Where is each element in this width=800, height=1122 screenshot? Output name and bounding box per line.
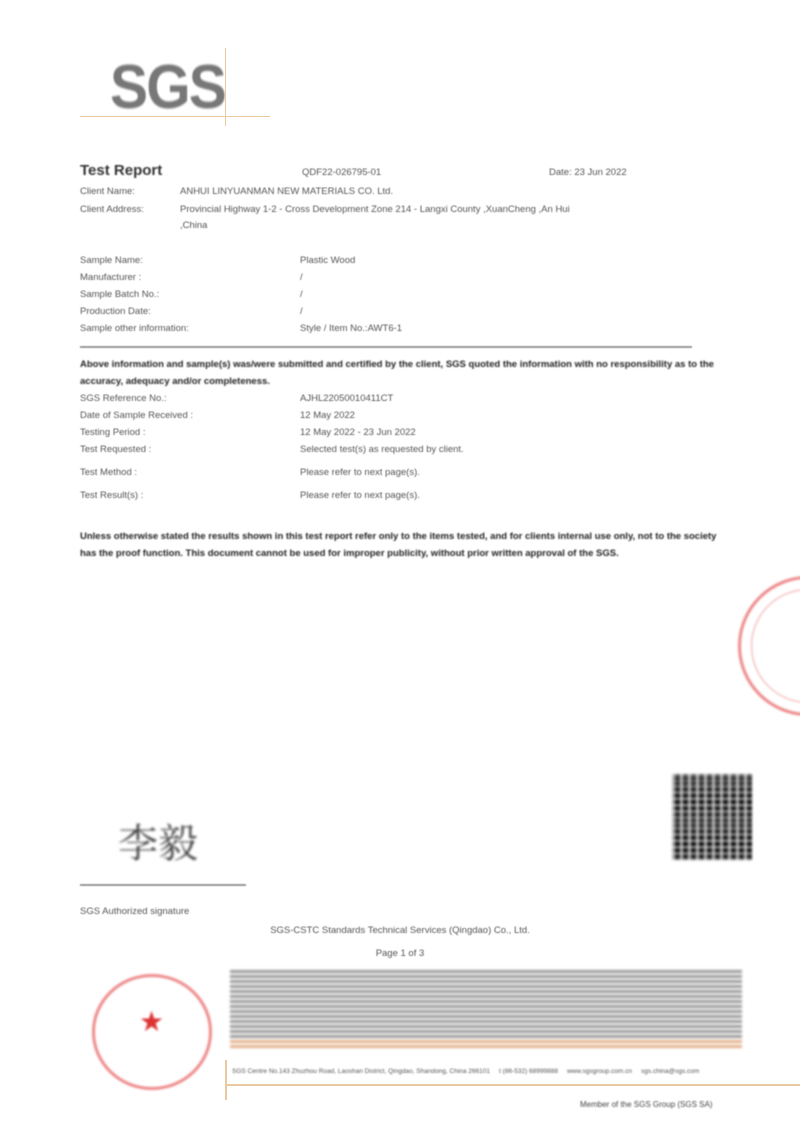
info-label: Test Requested :: [80, 444, 151, 455]
logo-divider: [80, 116, 270, 117]
report-number: QDF22-026795-01: [302, 167, 381, 178]
footer-email[interactable]: sgs.china@sgs.com: [641, 1068, 699, 1075]
info-notice: Above information and sample(s) was/were…: [80, 356, 730, 390]
info-label: Test Method :: [80, 467, 137, 478]
info-row: Date of Sample Received :12 May 2022: [80, 410, 193, 421]
footer-address: SGS Centre No.143 Zhuzhou Road, Laoshan …: [232, 1068, 490, 1075]
info-label: Sample Name:: [80, 255, 143, 266]
company-seal-stamp: [738, 576, 800, 716]
info-value: /: [300, 272, 303, 283]
report-date: Date: 23 Jun 2022: [549, 167, 627, 178]
info-row: Test Method :Please refer to next page(s…: [80, 467, 137, 478]
info-value: /: [300, 289, 303, 300]
signature-label: SGS Authorized signature: [80, 906, 189, 917]
disclaimer: Unless otherwise stated the results show…: [80, 528, 730, 562]
report-title: Test Report: [80, 162, 162, 179]
info-value: 12 May 2022 - 23 Jun 2022: [300, 427, 416, 438]
client-address-cont: ,China: [180, 220, 207, 231]
info-row: Sample Batch No.:/: [80, 289, 159, 300]
page-number: Page 1 of 3: [0, 948, 800, 959]
sgs-logo: SGS: [110, 52, 225, 123]
info-value: /: [300, 306, 303, 317]
client-address-label: Client Address:: [80, 204, 144, 215]
info-value: Plastic Wood: [300, 255, 355, 266]
info-value: AJHL22050010411CT: [300, 393, 393, 404]
info-value: Selected test(s) as requested by client.: [300, 444, 464, 455]
info-label: Sample other information:: [80, 323, 189, 334]
client-address-row: Client Address: Provincial Highway 1-2 -…: [80, 204, 144, 215]
signature-line: [80, 884, 246, 886]
info-value: 12 May 2022: [300, 410, 355, 421]
info-row: Sample other information:Style / Item No…: [80, 323, 189, 334]
star-icon: ★: [139, 1005, 164, 1038]
info-value: Please refer to next page(s).: [300, 490, 420, 501]
info-row: Production Date:/: [80, 306, 151, 317]
info-row: Sample Name:Plastic Wood: [80, 255, 143, 266]
qr-code: [672, 774, 752, 860]
info-row: Manufacturer :/: [80, 272, 141, 283]
terms-fine-print: [230, 970, 742, 1040]
info-label: Sample Batch No.:: [80, 289, 159, 300]
info-row: Testing Period :12 May 2022 - 23 Jun 202…: [80, 427, 145, 438]
info-label: Production Date:: [80, 306, 151, 317]
footer-phone: t (86-532) 68999888: [499, 1068, 558, 1075]
client-name: ANHUI LINYUANMAN NEW MATERIALS CO. Ltd.: [180, 186, 393, 197]
member-note: Member of the SGS Group (SGS SA): [580, 1100, 713, 1109]
client-name-row: Client Name: ANHUI LINYUANMAN NEW MATERI…: [80, 186, 135, 197]
info-label: Testing Period :: [80, 427, 145, 438]
footer-website[interactable]: www.sgsgroup.com.cn: [567, 1068, 632, 1075]
terms-attention-text: [230, 1040, 742, 1050]
official-seal-stamp: ★: [92, 974, 212, 1090]
footer-contact: SGS Centre No.143 Zhuzhou Road, Laoshan …: [232, 1068, 699, 1075]
info-label: Test Result(s) :: [80, 490, 143, 501]
footer-divider: [225, 1084, 800, 1086]
section-divider: [80, 346, 692, 348]
logo-divider-vertical: [225, 48, 226, 126]
client-address: Provincial Highway 1-2 - Cross Developme…: [180, 204, 570, 215]
info-row: Test Requested :Selected test(s) as requ…: [80, 444, 151, 455]
info-label: Manufacturer :: [80, 272, 141, 283]
info-row: Test Result(s) :Please refer to next pag…: [80, 490, 143, 501]
info-value: Please refer to next page(s).: [300, 467, 420, 478]
signature: 李毅: [118, 812, 198, 869]
info-label: Date of Sample Received :: [80, 410, 193, 421]
company-name: SGS-CSTC Standards Technical Services (Q…: [0, 925, 800, 936]
info-value: Style / Item No.:AWT6-1: [300, 323, 402, 334]
client-name-label: Client Name:: [80, 186, 135, 197]
info-row: SGS Reference No.:AJHL22050010411CT: [80, 393, 167, 404]
footer-divider-vertical: [225, 1060, 227, 1100]
info-label: SGS Reference No.:: [80, 393, 167, 404]
